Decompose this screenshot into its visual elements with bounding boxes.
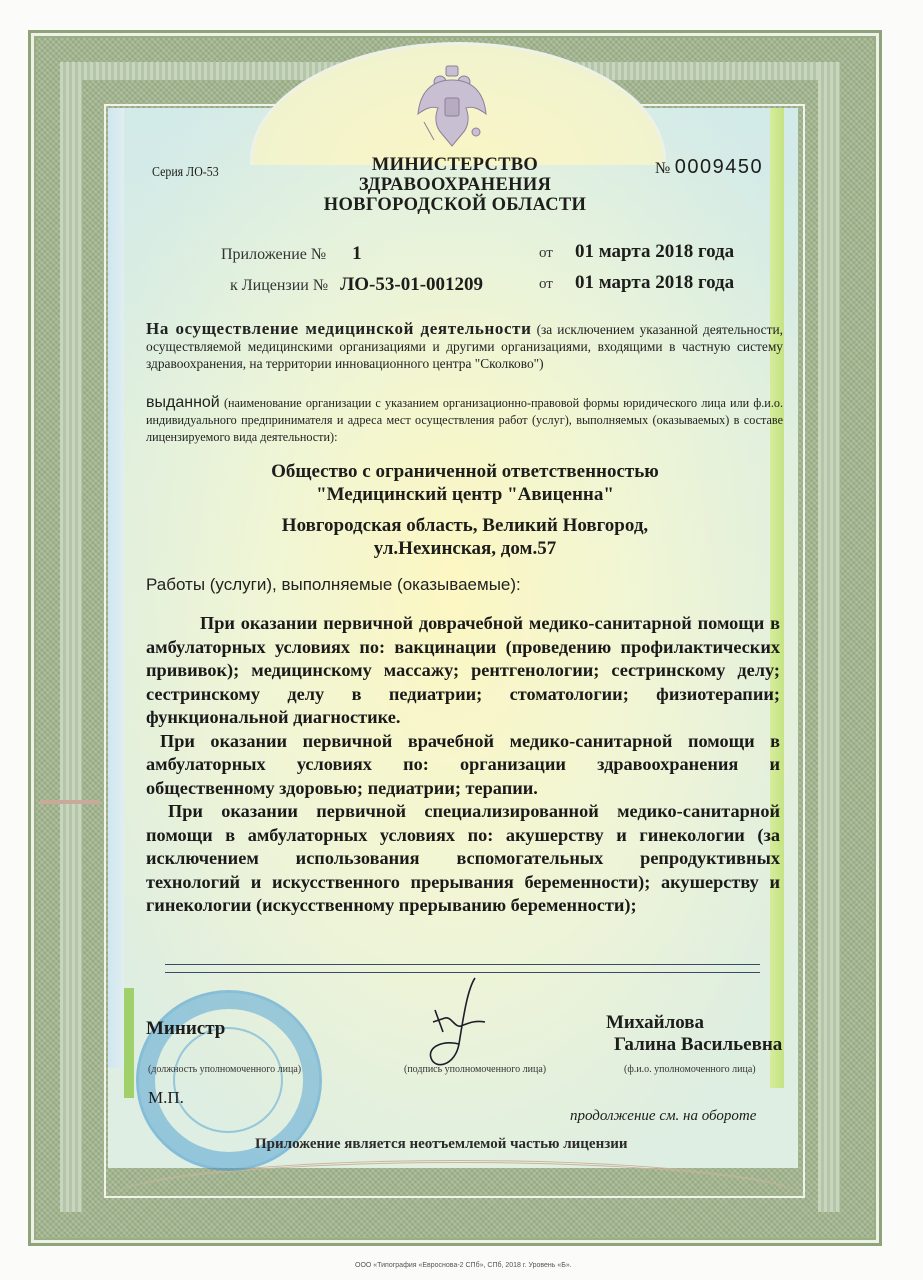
license-row: к Лицензии № ЛО-53-01-001209 bbox=[230, 274, 483, 296]
issued-note: (наименование организации с указанием ор… bbox=[146, 396, 783, 444]
double-headed-eagle-icon bbox=[412, 62, 492, 152]
separator-line-1 bbox=[165, 964, 760, 965]
organization-address: Новгородская область, Великий Новгород, … bbox=[150, 514, 780, 560]
form-number: №0009450 bbox=[655, 156, 763, 179]
activity-title: На осуществление медицинской деятельност… bbox=[146, 319, 532, 338]
license-number: ЛО-53-01-001209 bbox=[340, 274, 483, 295]
position-caption: (должность уполномоченного лица) bbox=[148, 1064, 301, 1075]
name-caption: (ф.и.о. уполномоченного лица) bbox=[624, 1064, 756, 1075]
signatory-name: Михайлова Галина Васильевна bbox=[606, 1012, 782, 1056]
organization-name-line-2: "Медицинский центр "Авиценна" bbox=[150, 483, 780, 506]
seal-place-label: М.П. bbox=[148, 1088, 184, 1108]
paper-strip-green bbox=[770, 108, 784, 1088]
frame-band-right bbox=[818, 62, 840, 1212]
continuation-note: продолжение см. на обороте bbox=[570, 1108, 756, 1125]
integral-part-note: Приложение является неотъемлемой частью … bbox=[255, 1136, 628, 1153]
paper-strip-blue bbox=[108, 108, 124, 1068]
ministry-title: МИНИСТЕРСТВО ЗДРАВООХРАНЕНИЯ НОВГОРОДСКО… bbox=[300, 155, 610, 215]
works-label: Работы (услуги), выполняемые (оказываемы… bbox=[146, 575, 521, 595]
service-paragraph-primary-physician: При оказании первичной врачебной медико-… bbox=[146, 730, 780, 801]
license-from-label: от bbox=[539, 276, 553, 293]
appendix-from-label: от bbox=[539, 245, 553, 262]
frame-chevron-ornament-left bbox=[40, 800, 100, 834]
license-date: 01 марта 2018 года bbox=[575, 272, 734, 294]
printer-imprint: ООО «Типография «Евроснова-2 СПб», СПб, … bbox=[355, 1262, 572, 1269]
signatory-given-names: Галина Васильевна bbox=[614, 1034, 782, 1056]
number-value: 0009450 bbox=[675, 156, 763, 178]
issued-paragraph: выданной (наименование организации с ука… bbox=[146, 394, 783, 446]
organization-name-line-1: Общество с ограниченной ответственностью bbox=[150, 460, 780, 483]
activity-paragraph: На осуществление медицинской деятельност… bbox=[146, 320, 783, 372]
appendix-number: 1 bbox=[352, 243, 362, 264]
appendix-label: Приложение № bbox=[221, 246, 326, 263]
license-label: к Лицензии № bbox=[230, 277, 328, 294]
organization-address-line-1: Новгородская область, Великий Новгород, bbox=[150, 514, 780, 537]
frame-band-left bbox=[60, 62, 82, 1212]
organization-name: Общество с ограниченной ответственностью… bbox=[150, 460, 780, 506]
organization-address-line-2: ул.Нехинская, дом.57 bbox=[150, 537, 780, 560]
series-label: Серия ЛО-53 bbox=[152, 165, 219, 181]
ministry-line-2: ЗДРАВООХРАНЕНИЯ bbox=[300, 175, 610, 195]
appendix-row: Приложение № 1 bbox=[221, 243, 362, 265]
signature-caption: (подпись уполномоченного лица) bbox=[404, 1064, 546, 1075]
ministry-line-3: НОВГОРОДСКОЙ ОБЛАСТИ bbox=[300, 195, 610, 215]
seal-inner-circle bbox=[173, 1027, 283, 1133]
issued-label: выданной bbox=[146, 394, 220, 411]
services-list: При оказании первичной доврачебной медик… bbox=[146, 612, 780, 918]
appendix-date: 01 марта 2018 года bbox=[575, 241, 734, 263]
service-paragraph-prehospital: При оказании первичной доврачебной медик… bbox=[146, 612, 780, 730]
service-paragraph-specialized: При оказании первичной специализированно… bbox=[146, 800, 780, 918]
ministry-line-1: МИНИСТЕРСТВО bbox=[300, 155, 610, 175]
number-sign: № bbox=[655, 160, 672, 177]
signatory-position: Министр bbox=[146, 1018, 225, 1040]
paper-strip-green-left bbox=[124, 988, 134, 1098]
signatory-surname: Михайлова bbox=[606, 1012, 782, 1034]
